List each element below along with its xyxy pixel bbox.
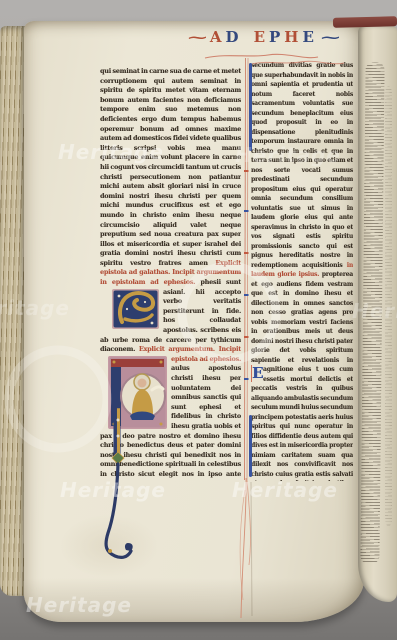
manuscript-photo: ~ADEPHE~ qui seminat in carne sua de car… bbox=[0, 0, 397, 640]
top-edge-maroon-strip bbox=[333, 16, 397, 28]
historiated-initial-p bbox=[108, 356, 167, 429]
title-letter: E bbox=[302, 28, 317, 46]
chapter-initial-e: E bbox=[251, 365, 262, 382]
title-flourish-right: ~ bbox=[319, 30, 342, 48]
ephesians-ch2-text: t uos cum essetis mortui delictis et pec… bbox=[251, 366, 353, 481]
title-flourish-left: ~ bbox=[186, 30, 209, 48]
fore-edge-text-lines bbox=[360, 62, 384, 564]
page-stack-edges bbox=[0, 26, 27, 596]
title-letter: A bbox=[210, 28, 226, 46]
running-title: ~ADEPHE~ bbox=[192, 28, 336, 48]
next-page-fore-edge bbox=[358, 26, 397, 602]
title-letter: D bbox=[226, 28, 243, 46]
left-text-column: qui seminat in carne sua de carne et met… bbox=[100, 67, 241, 481]
ephesians-ch1-text-b: propterea et ego audiens fidem vestram q… bbox=[251, 271, 353, 373]
title-letter: H bbox=[284, 28, 302, 46]
fore-edge-text-lines-2 bbox=[385, 86, 392, 526]
illuminated-initial-e-argument bbox=[112, 289, 159, 329]
title-letter: E bbox=[254, 28, 269, 46]
ephesians-ch1-text-a: secundum divitias gratie eius que superh… bbox=[251, 62, 353, 269]
galatians-ending-text: qui seminat in carne sua de carne et met… bbox=[100, 67, 241, 267]
right-text-column: secundum divitias gratie eius que superh… bbox=[251, 61, 353, 481]
title-letter: P bbox=[269, 28, 284, 46]
